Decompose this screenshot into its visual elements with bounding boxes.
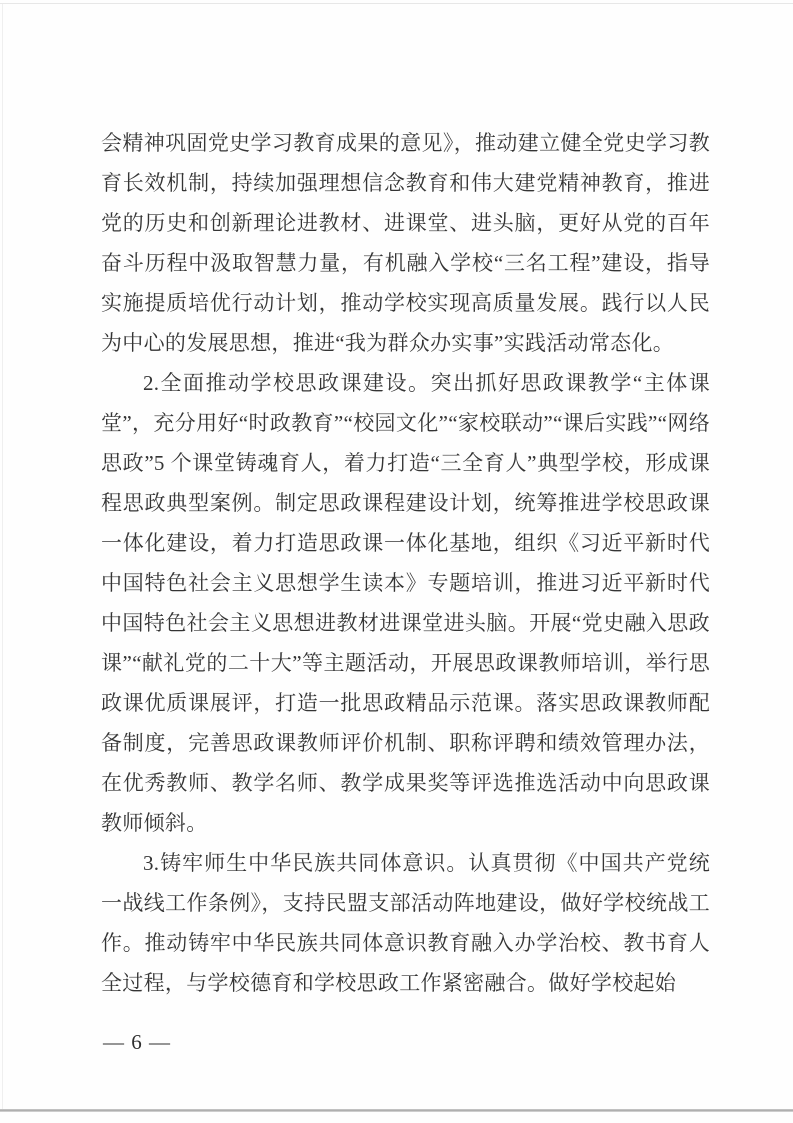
page-left-edge: [2, 4, 3, 1109]
page-footer: — 6 —: [103, 1030, 171, 1054]
document-body: 会精神巩固党史学习教育成果的意见》，推动建立健全党史学习教育长效机制，持续加强理…: [101, 123, 710, 1003]
paragraph-continuation: 会精神巩固党史学习教育成果的意见》，推动建立健全党史学习教育长效机制，持续加强理…: [101, 123, 710, 363]
page-bottom-edge: [0, 1109, 793, 1112]
page-number: — 6 —: [103, 1030, 171, 1054]
paragraph-item-3: 3.铸牢师生中华民族共同体意识。认真贯彻《中国共产党统一战线工作条例》，支持民盟…: [101, 843, 710, 1003]
paragraph-item-2: 2.全面推动学校思政课建设。突出抓好思政课教学“主体课堂”，充分用好“时政教育”…: [101, 363, 710, 843]
document-page: 会精神巩固党史学习教育成果的意见》，推动建立健全党史学习教育长效机制，持续加强理…: [0, 0, 793, 1123]
page-top-edge: [0, 3, 793, 4]
